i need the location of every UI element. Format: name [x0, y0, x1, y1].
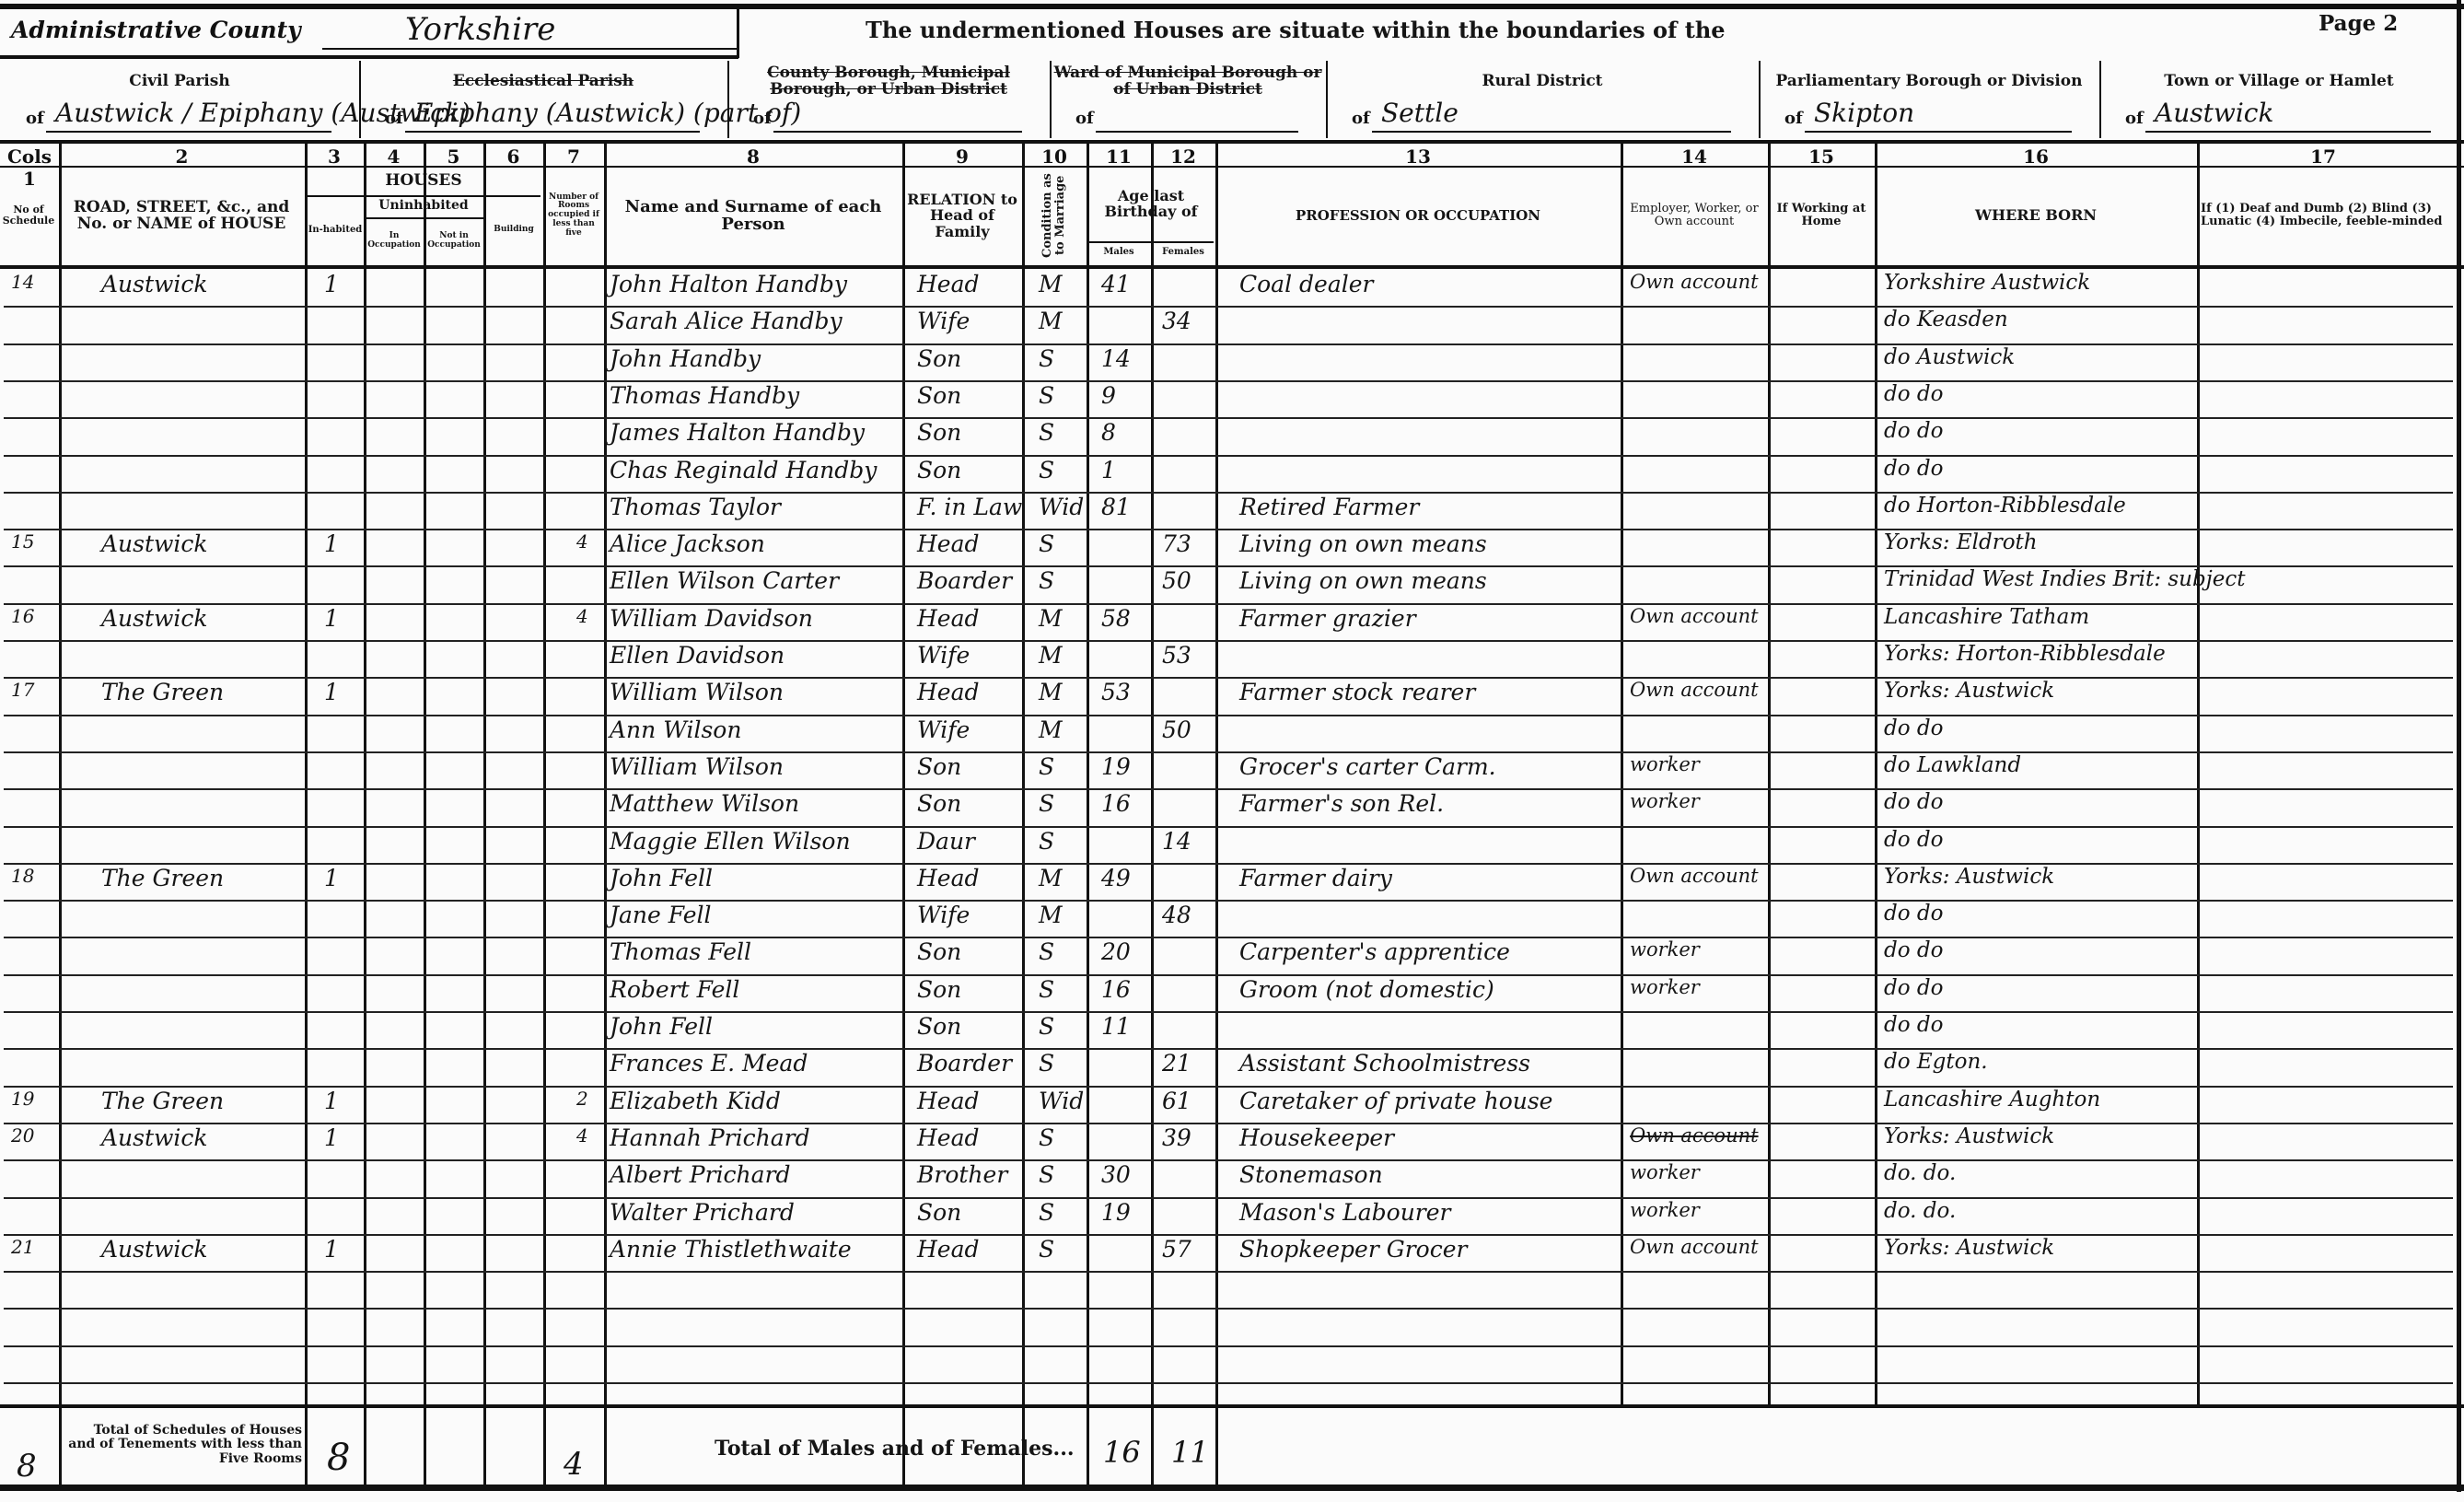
relation: Head: [917, 1236, 980, 1263]
road-name: Austwick: [101, 1236, 208, 1263]
column-number: 11: [1087, 146, 1151, 168]
row-rule: [4, 529, 2453, 530]
relation: Son: [917, 753, 961, 780]
female-age: 21: [1162, 1050, 1191, 1077]
column-number: 3: [305, 146, 364, 168]
schedule-number: 20: [11, 1124, 34, 1147]
birthplace: do do: [1884, 938, 1943, 962]
row-rule: [4, 1048, 2453, 1050]
condition: M: [1039, 605, 1063, 632]
person-name: Robert Fell: [610, 976, 739, 1003]
row-rule: [4, 380, 2453, 382]
row-rule: [4, 900, 2453, 902]
male-age: 16: [1101, 976, 1131, 1003]
rooms-count: 4: [576, 605, 588, 627]
boundary-label: Parliamentary Borough or Division: [1759, 61, 2099, 101]
boundary-label: Ecclesiastical Parish: [359, 61, 727, 101]
condition: S: [1039, 1161, 1054, 1188]
condition: Wid: [1039, 1088, 1084, 1114]
header-inhabited: In-habited: [307, 198, 364, 262]
male-age: 9: [1101, 382, 1116, 409]
rooms-count: 4: [576, 1124, 588, 1147]
boundary-value: Epiphany (Austwick) (part of): [414, 98, 801, 128]
birthplace: Yorkshire Austwick: [1884, 271, 2090, 295]
header-males: Males: [1088, 243, 1149, 262]
schedule-number: 18: [11, 865, 34, 887]
male-age: 1: [1101, 457, 1116, 483]
condition: M: [1039, 902, 1063, 928]
condition: S: [1039, 938, 1054, 965]
total-schedules-label: Total of Schedules of Houses and of Tene…: [64, 1409, 302, 1481]
row-rule: [4, 974, 2453, 976]
column-divider: [2197, 142, 2200, 1404]
road-name: Austwick: [101, 1124, 208, 1151]
column-number: 13: [1215, 146, 1621, 168]
boundary-divider: [359, 61, 361, 138]
schedule-number: 16: [11, 605, 34, 627]
inhabited-count: 1: [324, 1236, 339, 1263]
schedule-number: 14: [11, 271, 34, 293]
boundary-value: Settle: [1381, 98, 1459, 128]
row-rule: [4, 1123, 2453, 1124]
relation: Son: [917, 382, 961, 409]
relation: Daur: [917, 828, 975, 855]
header-employer: Employer, Worker, or Own account: [1622, 168, 1766, 263]
birthplace: do do: [1884, 419, 1943, 443]
condition: S: [1039, 1050, 1054, 1077]
column-divider: [1875, 142, 1877, 1404]
page-number: Page 2: [2319, 11, 2398, 36]
person-name: Frances E. Mead: [610, 1050, 808, 1077]
total-rooms: 4: [564, 1446, 584, 1483]
birthplace: do Austwick: [1884, 345, 2015, 369]
female-age: 61: [1162, 1088, 1191, 1114]
condition: S: [1039, 828, 1054, 855]
header-condition: Condition as to Marriage: [1024, 169, 1085, 262]
relation: Son: [917, 1013, 961, 1040]
column-divider: [1621, 142, 1623, 1404]
row-rule: [4, 863, 2453, 865]
person-name: Sarah Alice Handby: [610, 308, 843, 334]
relation: Son: [917, 457, 961, 483]
condition: M: [1039, 679, 1063, 705]
boundary-label: Ward of Municipal Borough or of Urban Di…: [1050, 61, 1326, 101]
header-in-occupation: In Occupation: [366, 219, 423, 263]
condition: S: [1039, 1124, 1054, 1151]
occupation: Assistant Schoolmistress: [1239, 1050, 1530, 1077]
column-number: 8: [604, 146, 902, 168]
header-bottom-rule: [0, 265, 2464, 269]
occupation: Groom (not domestic): [1239, 976, 1494, 1003]
header-infirmity: If (1) Deaf and Dumb (2) Blind (3) Lunat…: [2201, 168, 2449, 263]
row-rule: [4, 1011, 2453, 1013]
boundary-underline: [405, 131, 700, 133]
person-name: Matthew Wilson: [610, 790, 799, 817]
condition: S: [1039, 1199, 1054, 1226]
road-name: The Green: [101, 679, 224, 705]
road-name: Austwick: [101, 605, 208, 632]
birthplace: do Egton.: [1884, 1050, 1988, 1074]
male-age: 58: [1101, 605, 1131, 632]
boundary-underline: [1805, 131, 2072, 133]
boundary-value: Austwick: [2155, 98, 2273, 128]
total-schedules: 8: [17, 1448, 37, 1485]
employer-status: Own account: [1630, 1236, 1759, 1258]
male-age: 30: [1101, 1161, 1131, 1188]
male-age: 11: [1101, 1013, 1131, 1040]
inhabited-count: 1: [324, 679, 339, 705]
person-name: John Handby: [610, 345, 761, 372]
relation: Wife: [917, 642, 970, 669]
birthplace: do. do.: [1884, 1161, 1956, 1185]
header-born: WHERE BORN: [1877, 168, 2195, 263]
boundary-label: Town or Village or Hamlet: [2099, 61, 2458, 101]
schedule-number: 15: [11, 530, 34, 553]
female-age: 50: [1162, 716, 1191, 743]
female-age: 48: [1162, 902, 1191, 928]
birthplace: do do: [1884, 976, 1943, 1000]
rooms-count: 2: [576, 1088, 588, 1110]
person-name: John Fell: [610, 1013, 713, 1040]
person-name: Maggie Ellen Wilson: [610, 828, 851, 855]
occupation: Retired Farmer: [1239, 494, 1419, 520]
column-number: 2: [59, 146, 305, 168]
header-schedule: No of Schedule: [0, 168, 57, 263]
column-number: 12: [1151, 146, 1215, 168]
intro-text: The undermentioned Houses are situate wi…: [866, 17, 1726, 43]
relation: Son: [917, 976, 961, 1003]
relation: Son: [917, 345, 961, 372]
occupation: Grocer's carter Carm.: [1239, 753, 1496, 780]
birthplace: Lancashire Tatham: [1884, 605, 2089, 629]
boundary-value: Skipton: [1814, 98, 1914, 128]
employer-status: worker: [1630, 976, 1700, 998]
occupation: Living on own means: [1239, 567, 1487, 594]
header-rooms: Number of Rooms occupied if less than fi…: [545, 168, 602, 263]
column-number: 9: [902, 146, 1022, 168]
inhabited-count: 1: [324, 1124, 339, 1151]
birthplace: Yorks: Austwick: [1884, 679, 2054, 703]
relation: Boarder: [917, 567, 1012, 594]
total-sex-label: Total of Males and of Females...: [715, 1437, 1075, 1461]
boundary-divider: [1050, 61, 1052, 138]
occupation: Housekeeper: [1239, 1124, 1394, 1151]
person-name: Alice Jackson: [610, 530, 765, 557]
relation: Head: [917, 1088, 980, 1114]
male-age: 16: [1101, 790, 1131, 817]
row-rule: [4, 715, 2453, 716]
person-name: Thomas Fell: [610, 938, 751, 965]
female-age: 14: [1162, 828, 1191, 855]
female-age: 73: [1162, 530, 1191, 557]
right-border: [2457, 0, 2461, 1492]
row-rule: [4, 677, 2453, 679]
boundary-underline: [1372, 131, 1731, 133]
relation: Brother: [917, 1161, 1007, 1188]
employer-status: worker: [1630, 790, 1700, 812]
relation: Son: [917, 790, 961, 817]
row-rule: [4, 1234, 2453, 1236]
occupation: Living on own means: [1239, 530, 1487, 557]
female-age: 39: [1162, 1124, 1191, 1151]
person-name: Ann Wilson: [610, 716, 741, 743]
boundary-underline: [2145, 131, 2431, 133]
occupation: Farmer's son Rel.: [1239, 790, 1444, 817]
boundary-label: Civil Parish: [0, 61, 359, 101]
birthplace: Yorks: Austwick: [1884, 1124, 2054, 1148]
inhabited-count: 1: [324, 271, 339, 297]
male-age: 41: [1101, 271, 1131, 297]
admin-county-underline: [322, 48, 737, 50]
employer-status: Own account: [1630, 271, 1759, 293]
road-name: The Green: [101, 1088, 224, 1114]
person-name: William Davidson: [610, 605, 813, 632]
relation: F. in Law: [917, 494, 1022, 520]
employer-status: Own account: [1630, 865, 1759, 887]
relation: Son: [917, 1199, 961, 1226]
admin-county-label: Administrative County: [11, 17, 301, 43]
employer-status: Own account: [1630, 679, 1759, 701]
inhabited-count: 1: [324, 530, 339, 557]
person-name: Elizabeth Kidd: [610, 1088, 781, 1114]
birthplace: Trinidad West Indies Brit: subject: [1884, 567, 2246, 591]
column-number: 7: [543, 146, 604, 168]
occupation: Farmer dairy: [1239, 865, 1392, 891]
employer-status: worker: [1630, 1161, 1700, 1183]
road-name: Austwick: [101, 530, 208, 557]
person-name: Jane Fell: [610, 902, 712, 928]
header-road: ROAD, STREET, &c., and No. or NAME of HO…: [61, 168, 302, 263]
condition: S: [1039, 457, 1054, 483]
boundary-divider: [1759, 61, 1761, 138]
occupation: Stonemason: [1239, 1161, 1383, 1188]
person-name: Ellen Wilson Carter: [610, 567, 839, 594]
person-name: Hannah Prichard: [610, 1124, 810, 1151]
condition: S: [1039, 790, 1054, 817]
person-name: Walter Prichard: [610, 1199, 795, 1226]
total-males: 16: [1103, 1435, 1141, 1470]
person-name: Annie Thistlethwaite: [610, 1236, 852, 1263]
row-rule: [4, 306, 2453, 308]
boundary-divider: [1326, 61, 1328, 138]
male-age: 14: [1101, 345, 1131, 372]
relation: Head: [917, 530, 980, 557]
row-rule: [4, 751, 2453, 753]
row-rule: [4, 1382, 2453, 1384]
birthplace: do do: [1884, 1013, 1943, 1037]
column-number: 14: [1621, 146, 1768, 168]
condition: M: [1039, 865, 1063, 891]
relation: Head: [917, 271, 980, 297]
occupation: Farmer stock rearer: [1239, 679, 1475, 705]
header-females: Females: [1153, 243, 1214, 262]
column-number: 5: [424, 146, 483, 168]
condition: S: [1039, 345, 1054, 372]
person-name: Albert Prichard: [610, 1161, 791, 1188]
female-age: 34: [1162, 308, 1191, 334]
row-rule: [4, 343, 2453, 345]
relation: Head: [917, 865, 980, 891]
column-number: 17: [2197, 146, 2449, 168]
admin-county-rule: [0, 55, 738, 59]
boundary-divider: [727, 61, 729, 138]
boundary-underline: [773, 131, 1022, 133]
person-name: William Wilson: [610, 753, 784, 780]
totals-top-rule: [0, 1404, 2464, 1408]
boundary-underline: [46, 131, 331, 133]
header-building: Building: [485, 198, 542, 262]
condition: Wid: [1039, 494, 1084, 520]
condition: S: [1039, 419, 1054, 446]
condition: M: [1039, 642, 1063, 669]
birthplace: Yorks: Austwick: [1884, 1236, 2054, 1260]
row-rule: [4, 1308, 2453, 1310]
relation: Wife: [917, 902, 970, 928]
row-rule: [4, 826, 2453, 828]
birthplace: do Lawkland: [1884, 753, 2021, 777]
column-number: 16: [1875, 146, 2197, 168]
female-age: 50: [1162, 567, 1191, 594]
occupation: Mason's Labourer: [1239, 1199, 1451, 1226]
bottom-border: [0, 1485, 2464, 1491]
male-age: 81: [1101, 494, 1131, 520]
birthplace: do. do.: [1884, 1199, 1956, 1223]
header-at-home: If Working at Home: [1770, 168, 1873, 263]
employer-status: worker: [1630, 1199, 1700, 1221]
relation: Wife: [917, 308, 970, 334]
header-top-rule: [0, 140, 2464, 144]
person-name: John Halton Handby: [610, 271, 847, 297]
condition: M: [1039, 271, 1063, 297]
condition: S: [1039, 1236, 1054, 1263]
condition: S: [1039, 382, 1054, 409]
boundary-label: County Borough, Municipal Borough, or Ur…: [727, 61, 1050, 101]
boundary-of: of: [1075, 109, 1094, 128]
person-name: William Wilson: [610, 679, 784, 705]
column-number: 4: [364, 146, 424, 168]
male-age: 20: [1101, 938, 1131, 965]
boundary-of: of: [2125, 109, 2144, 128]
row-rule: [4, 937, 2453, 938]
boundary-value: Austwick / Epiphany (Austwick): [55, 98, 471, 128]
header-name: Name and Surname of each Person: [606, 168, 901, 263]
birthplace: do Horton-Ribblesdale: [1884, 494, 2126, 518]
relation: Head: [917, 679, 980, 705]
male-age: 49: [1101, 865, 1131, 891]
inhabited-count: 1: [324, 605, 339, 632]
boundary-underline: [1096, 131, 1298, 133]
employer-status: Own account: [1630, 1124, 1759, 1147]
person-name: Chas Reginald Handby: [610, 457, 877, 483]
column-number: 15: [1768, 146, 1875, 168]
person-name: John Fell: [610, 865, 713, 891]
occupation: Caretaker of private house: [1239, 1088, 1552, 1114]
row-rule: [4, 1197, 2453, 1199]
row-rule: [4, 788, 2453, 790]
birthplace: Lancashire Aughton: [1884, 1088, 2100, 1112]
person-name: Thomas Taylor: [610, 494, 781, 520]
boundary-of: of: [385, 109, 403, 128]
condition: M: [1039, 716, 1063, 743]
male-age: 53: [1101, 679, 1131, 705]
person-name: Thomas Handby: [610, 382, 799, 409]
employer-status: worker: [1630, 753, 1700, 775]
relation: Head: [917, 605, 980, 632]
birthplace: do do: [1884, 790, 1943, 814]
boundary-of: of: [753, 109, 772, 128]
relation: Wife: [917, 716, 970, 743]
employer-status: Own account: [1630, 605, 1759, 627]
male-age: 19: [1101, 1199, 1131, 1226]
relation: Son: [917, 938, 961, 965]
boundary-of: of: [1784, 109, 1803, 128]
census-page: Administrative County Yorkshire The unde…: [0, 0, 2464, 1502]
condition: S: [1039, 976, 1054, 1003]
relation: Head: [917, 1124, 980, 1151]
road-name: Austwick: [101, 271, 208, 297]
inhabited-count: 1: [324, 865, 339, 891]
birthplace: do do: [1884, 716, 1943, 740]
birthplace: Yorks: Eldroth: [1884, 530, 2038, 554]
person-name: Ellen Davidson: [610, 642, 785, 669]
birthplace: do do: [1884, 828, 1943, 852]
person-name: James Halton Handby: [610, 419, 865, 446]
schedule-number: 21: [11, 1236, 34, 1258]
row-rule: [4, 455, 2453, 457]
admin-county-divider: [737, 7, 739, 58]
occupation: Farmer grazier: [1239, 605, 1416, 632]
header-not-in-occupation: Not in Occupation: [425, 219, 482, 263]
header-relation: RELATION to Head of Family: [904, 168, 1020, 263]
admin-county-value: Yorkshire: [405, 11, 555, 48]
rooms-count: 4: [576, 530, 588, 553]
total-females: 11: [1171, 1435, 1209, 1470]
relation: Boarder: [917, 1050, 1012, 1077]
boundary-of: of: [1352, 109, 1370, 128]
birthplace: do Keasden: [1884, 308, 2008, 332]
birthplace: do do: [1884, 457, 1943, 481]
male-age: 19: [1101, 753, 1131, 780]
column-number: 10: [1022, 146, 1087, 168]
row-rule: [4, 417, 2453, 419]
occupation: Coal dealer: [1239, 271, 1373, 297]
row-rule: [4, 1271, 2453, 1273]
road-name: The Green: [101, 865, 224, 891]
condition: S: [1039, 1013, 1054, 1040]
boundary-label: Rural District: [1326, 61, 1759, 101]
relation: Son: [917, 419, 961, 446]
total-houses-inhabited: 8: [327, 1437, 350, 1479]
birthplace: Yorks: Austwick: [1884, 865, 2054, 889]
column-divider: [1768, 142, 1771, 1404]
birthplace: do do: [1884, 382, 1943, 406]
boundary-of: of: [26, 109, 44, 128]
female-age: 57: [1162, 1236, 1191, 1263]
female-age: 53: [1162, 642, 1191, 669]
employer-status: worker: [1630, 938, 1700, 961]
boundary-divider: [2099, 61, 2101, 138]
male-age: 8: [1101, 419, 1116, 446]
occupation: Carpenter's apprentice: [1239, 938, 1510, 965]
birthplace: Yorks: Horton-Ribblesdale: [1884, 642, 2166, 666]
condition: S: [1039, 753, 1054, 780]
row-rule: [4, 1159, 2453, 1161]
column-number: 6: [483, 146, 543, 168]
schedule-number: 19: [11, 1088, 34, 1110]
occupation: Shopkeeper Grocer: [1239, 1236, 1467, 1263]
condition: S: [1039, 530, 1054, 557]
condition: S: [1039, 567, 1054, 594]
